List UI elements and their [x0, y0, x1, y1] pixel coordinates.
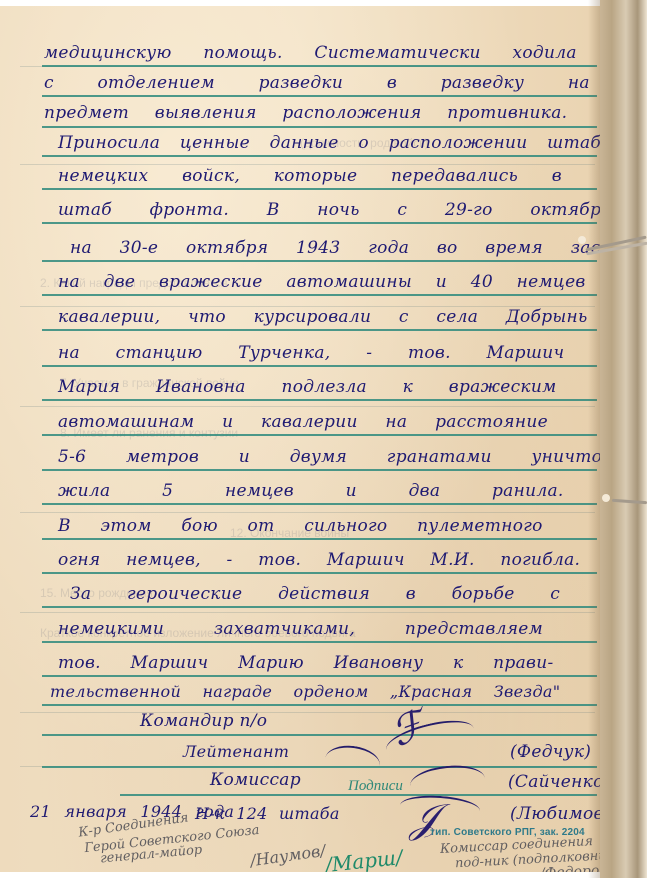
commissar-name: (Сайченко) — [508, 772, 600, 792]
binding-hole — [602, 494, 610, 502]
text-line: Мария Ивановна подлезла к вражеским — [58, 377, 557, 397]
text-line: тов. Маршич Марию Ивановну к прави- — [58, 653, 554, 673]
pencil-signature: /Наумов/ — [249, 841, 327, 870]
green-ink-signature: /Марш/ — [324, 845, 404, 872]
podpisi-label: Подписи — [348, 778, 403, 795]
text-line: жила 5 немцев и два ранила. — [58, 481, 564, 501]
ruled-line — [42, 641, 597, 643]
signature-scribble — [323, 742, 382, 781]
commander-name: (Федчук) — [510, 742, 591, 762]
text-line: За героические действия в борьбе с — [70, 584, 560, 604]
ruled-line — [42, 469, 597, 471]
ruled-line — [42, 222, 597, 224]
ruled-line — [42, 734, 597, 736]
text-line: медицинскую помощь. Систематически ходил… — [44, 43, 577, 63]
text-line: немецкими захватчиками, представляем — [58, 619, 543, 639]
text-line: немецких войск, которые передавались в — [58, 166, 562, 186]
commissar-title: Комиссар — [210, 770, 301, 790]
text-line: Приносила ценные данные о расположении ш… — [58, 133, 600, 153]
ruled-line — [42, 126, 597, 128]
ruled-line — [42, 503, 597, 505]
ruled-line — [42, 95, 597, 97]
ruled-line — [42, 155, 597, 157]
ruled-line — [42, 260, 597, 262]
text-line: предмет выявления расположения противник… — [44, 103, 567, 123]
ruled-line — [42, 294, 597, 296]
text-line: огня немцев, - тов. Маршич М.И. погибла. — [58, 550, 580, 570]
text-line: тельственной награде орденом „Красная Зв… — [50, 682, 560, 701]
ruled-line — [42, 329, 597, 331]
ruled-line — [42, 572, 597, 574]
ruled-line — [42, 188, 597, 190]
text-line: штаб фронта. В ночь с 29-го октября — [58, 200, 600, 220]
ruled-line — [42, 65, 597, 67]
ruled-line — [42, 704, 597, 706]
document-page: (должность, род войск) 2. Какой награды … — [0, 6, 600, 872]
chief-name: (Любимов) — [510, 804, 600, 824]
ruled-line — [42, 606, 597, 608]
ruled-line — [42, 538, 597, 540]
text-line: на станцию Турченка, - тов. Маршич — [58, 343, 564, 363]
text-line: В этом бою от сильного пулеметного — [58, 516, 543, 536]
chief-of-staff: Н-к 124 штаба — [195, 804, 340, 823]
commander-rank: Лейтенант — [183, 742, 289, 761]
commander-title: Командир п/о — [140, 711, 267, 731]
ruled-line — [42, 434, 597, 436]
text-line: кавалерии, что курсировали с села Добрын… — [58, 307, 588, 327]
ruled-line — [42, 399, 597, 401]
binding-spine — [600, 0, 647, 878]
ruled-line — [42, 766, 597, 768]
text-line: на 30-е октября 1943 года во время засад… — [70, 238, 600, 258]
binding-hole — [578, 236, 586, 244]
ruled-line — [42, 675, 597, 677]
text-line: 5-6 метров и двумя гранатами уничто- — [58, 447, 600, 467]
ruled-line — [42, 365, 597, 367]
text-line: автомашинам и кавалерии на расстояние — [58, 412, 548, 432]
text-line: на две вражеские автомашины и 40 немцев — [58, 272, 586, 292]
text-line: с отделением разведки в разведку на — [44, 73, 590, 93]
